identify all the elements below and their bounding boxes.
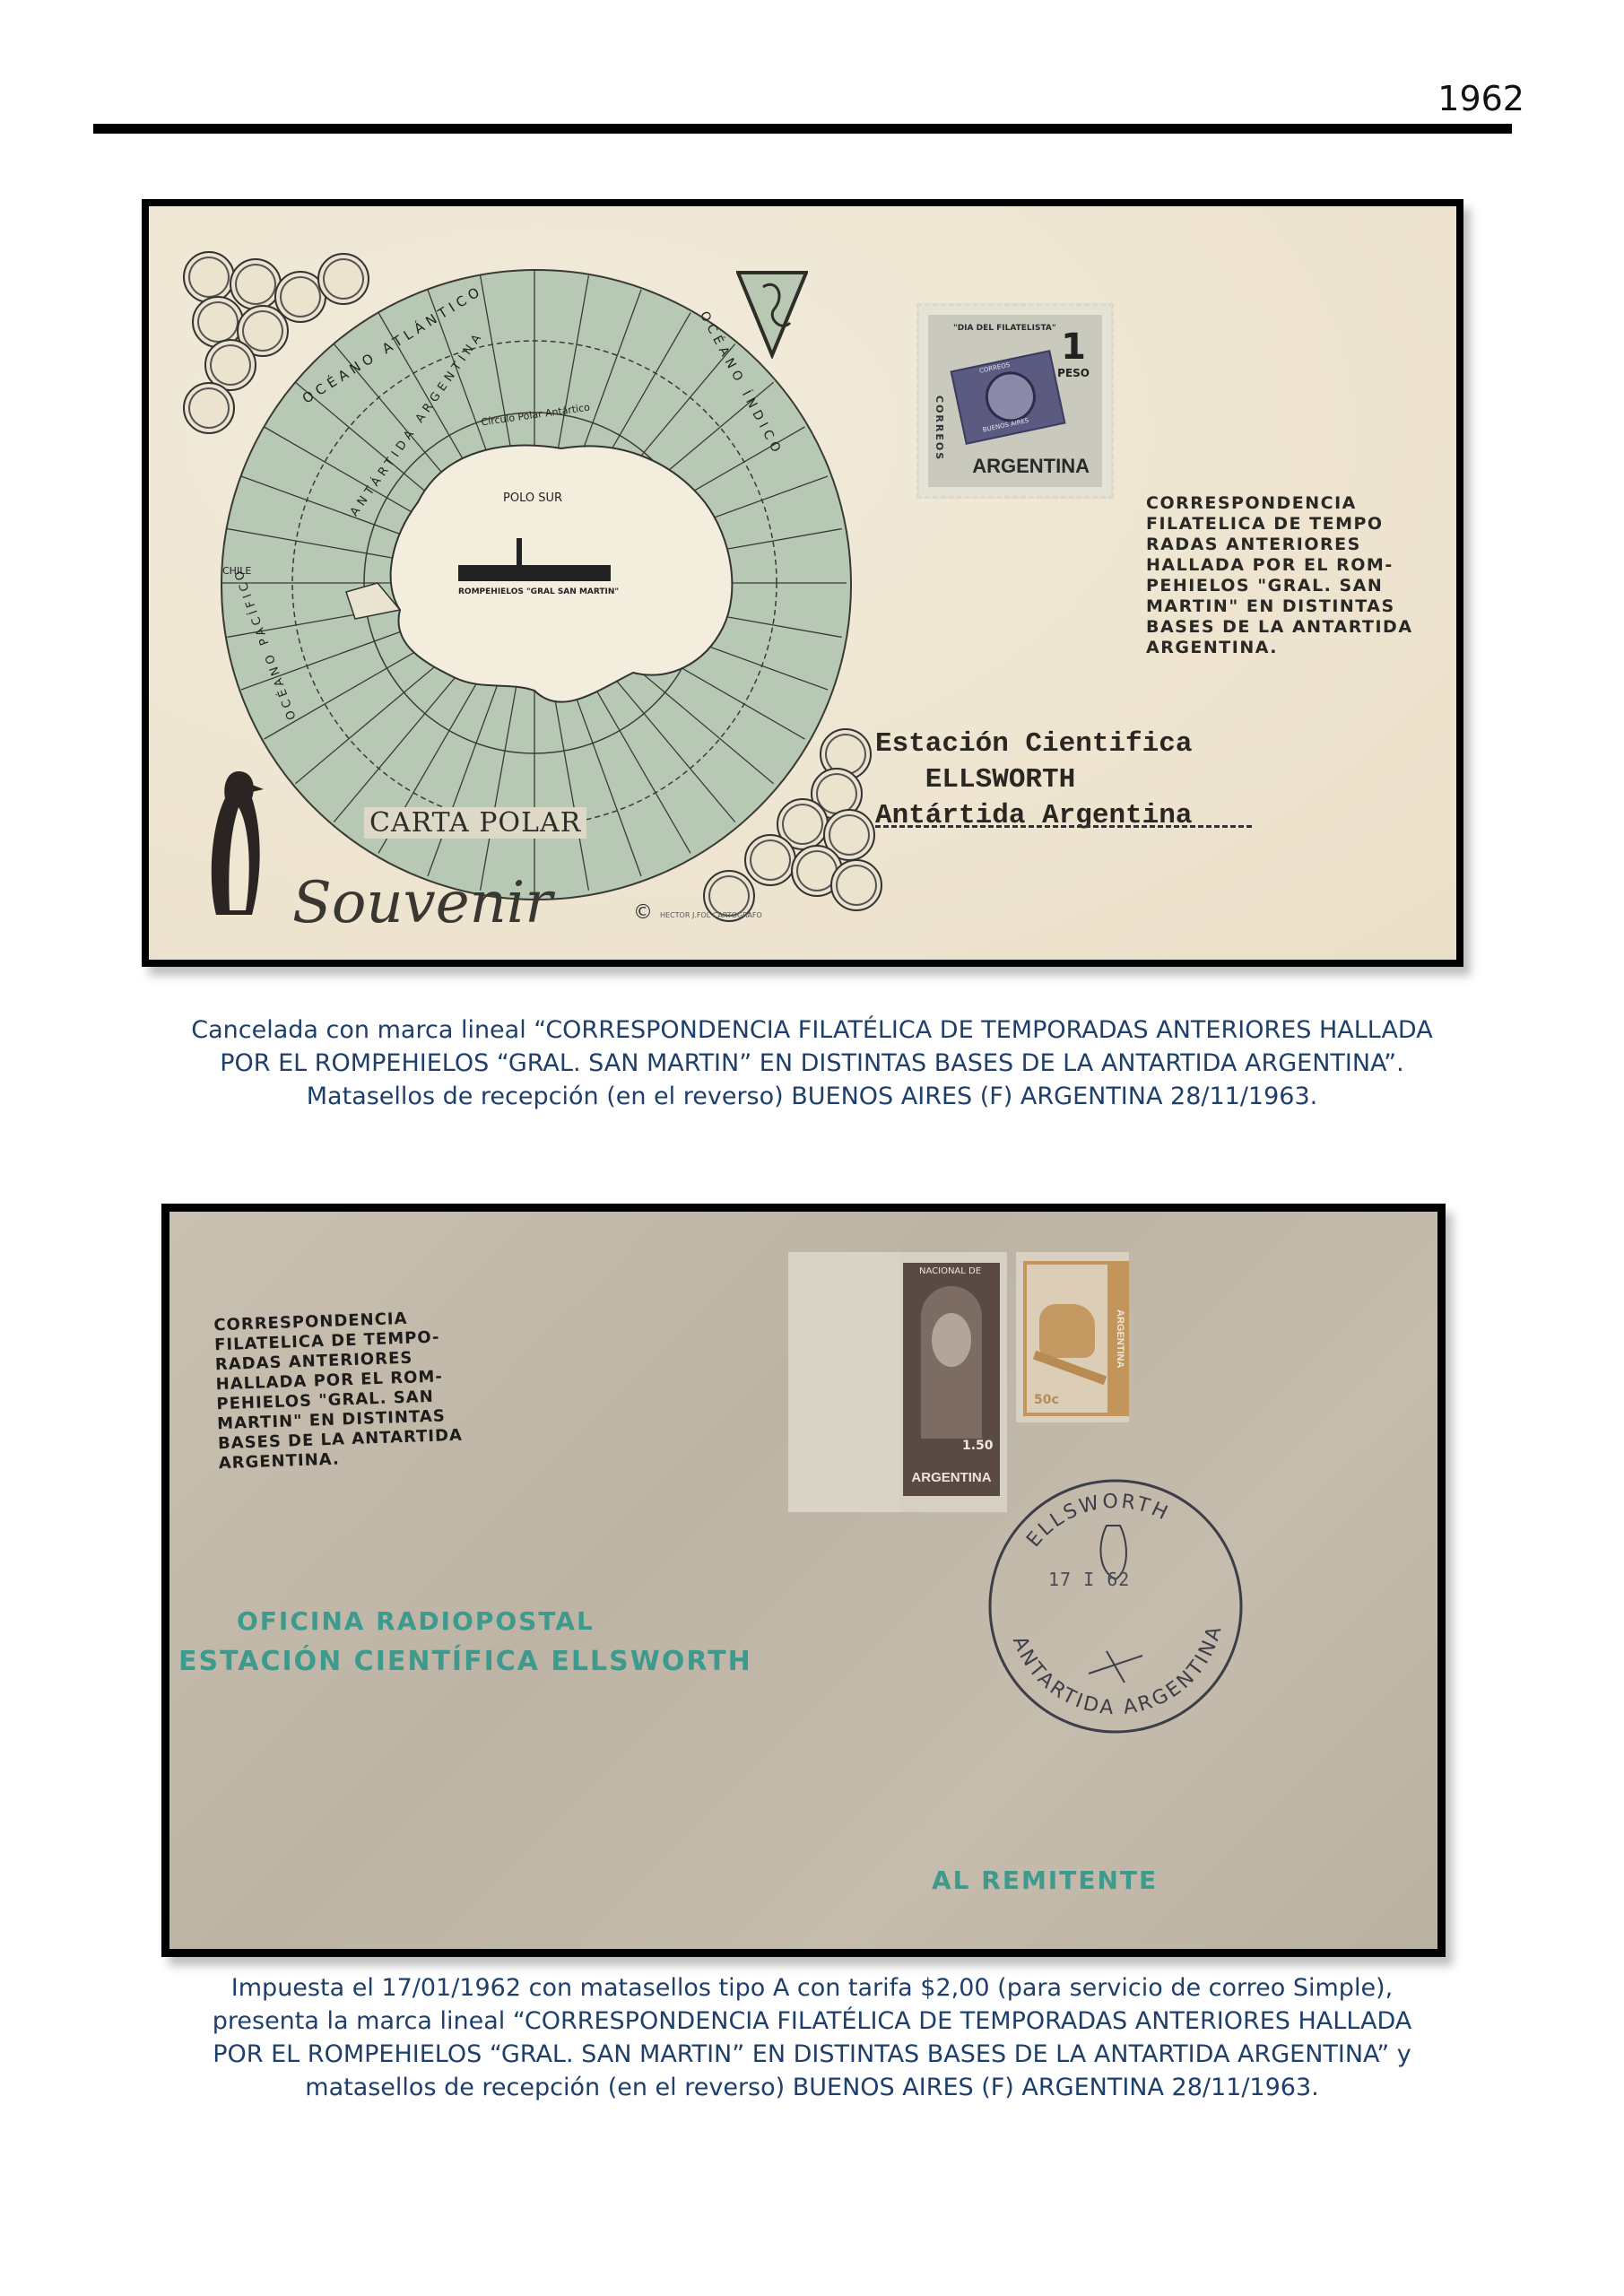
seal-icon bbox=[230, 258, 282, 310]
label-chile: CHILE bbox=[222, 565, 251, 577]
caption-cover-1: Cancelada con marca lineal “CORRESPONDEN… bbox=[0, 1013, 1624, 1113]
address-underline bbox=[875, 825, 1252, 828]
seal-icon bbox=[183, 382, 235, 434]
penguin-icon bbox=[203, 762, 265, 924]
header-rule bbox=[93, 124, 1512, 134]
stamp-caption: "DIA DEL FILATELISTA" bbox=[953, 324, 1056, 333]
polar-map-graticule bbox=[221, 269, 848, 897]
map-credit: HECTOR J.FOL CARTOGRAFO bbox=[660, 911, 762, 919]
label-rompehielos: ROMPEHIELOS "GRAL SAN MARTIN" bbox=[458, 587, 619, 596]
linear-cancel-mark: CORRESPONDENCIA FILATELICA DE TEMPO RADA… bbox=[1146, 493, 1442, 658]
postmark-date: 17 I 62 bbox=[1048, 1569, 1130, 1590]
address-block: Estación Cientifica ELLSWORTH Antártida … bbox=[875, 726, 1192, 834]
souvenir-script: Souvenir bbox=[292, 870, 552, 936]
stamp-country: ARGENTINA bbox=[972, 455, 1090, 478]
map-title: CARTA POLAR bbox=[364, 807, 586, 839]
linear-cancel-mark: CORRESPONDENCIA FILATELICA DE TEMPO- RAD… bbox=[213, 1305, 542, 1474]
handwritten-oficina: OFICINA RADIOPOSTAL bbox=[237, 1606, 595, 1636]
cover-1-frame: POLO SUR ROMPEHIELOS "GRAL SAN MARTIN" C… bbox=[142, 199, 1463, 967]
handwritten-al-remitente: AL REMITENTE bbox=[932, 1865, 1158, 1895]
seal-icon bbox=[830, 859, 882, 911]
copyright-icon: © bbox=[633, 901, 653, 924]
stamp-value: 1 bbox=[1061, 329, 1086, 365]
page-number: 1962 bbox=[1435, 79, 1524, 118]
seal-icon bbox=[183, 251, 235, 303]
stamp-dia-del-filatelista: "DIA DEL FILATELISTA" 1 PESO CORREOS COR… bbox=[916, 303, 1114, 499]
stamp-side-text: CORREOS bbox=[934, 396, 945, 461]
postmark-ellsworth: ELLSWORTH ANTARTIDA ARGENTINA bbox=[981, 1472, 1250, 1741]
portrait-image bbox=[921, 1286, 982, 1439]
stamp-value: 50c bbox=[1034, 1393, 1059, 1407]
seal-icon bbox=[744, 834, 796, 886]
v-emblem-icon bbox=[736, 269, 808, 359]
cover-2-frame: CORRESPONDENCIA FILATELICA DE TEMPO- RAD… bbox=[161, 1204, 1446, 1957]
seal-icon bbox=[317, 253, 369, 305]
cover-1-envelope: POLO SUR ROMPEHIELOS "GRAL SAN MARTIN" C… bbox=[149, 206, 1456, 960]
cover-2-envelope: CORRESPONDENCIA FILATELICA DE TEMPO- RAD… bbox=[169, 1212, 1437, 1949]
svg-text:ELLSWORTH: ELLSWORTH bbox=[1022, 1491, 1173, 1552]
caption-cover-2: Impuesta el 17/01/1962 con matasellos ti… bbox=[0, 1971, 1624, 2104]
stamp-value: 1.50 bbox=[962, 1439, 994, 1453]
stamp-country: ARGENTINA bbox=[1107, 1265, 1125, 1413]
stamp-buenos-aires-image: CORREOS BUENOS AIRES bbox=[951, 350, 1066, 445]
stamp-puma-50c: 50c ARGENTINA bbox=[1016, 1252, 1129, 1422]
puma-image bbox=[1039, 1304, 1095, 1358]
label-polo-sur: POLO SUR bbox=[503, 491, 562, 505]
portrait-medallion bbox=[981, 367, 1040, 426]
stamp-unit: PESO bbox=[1057, 367, 1090, 379]
stamp-selvage bbox=[788, 1252, 899, 1512]
handwritten-estacion: ESTACIÓN CIENTÍFICA ELLSWORTH bbox=[178, 1646, 752, 1677]
